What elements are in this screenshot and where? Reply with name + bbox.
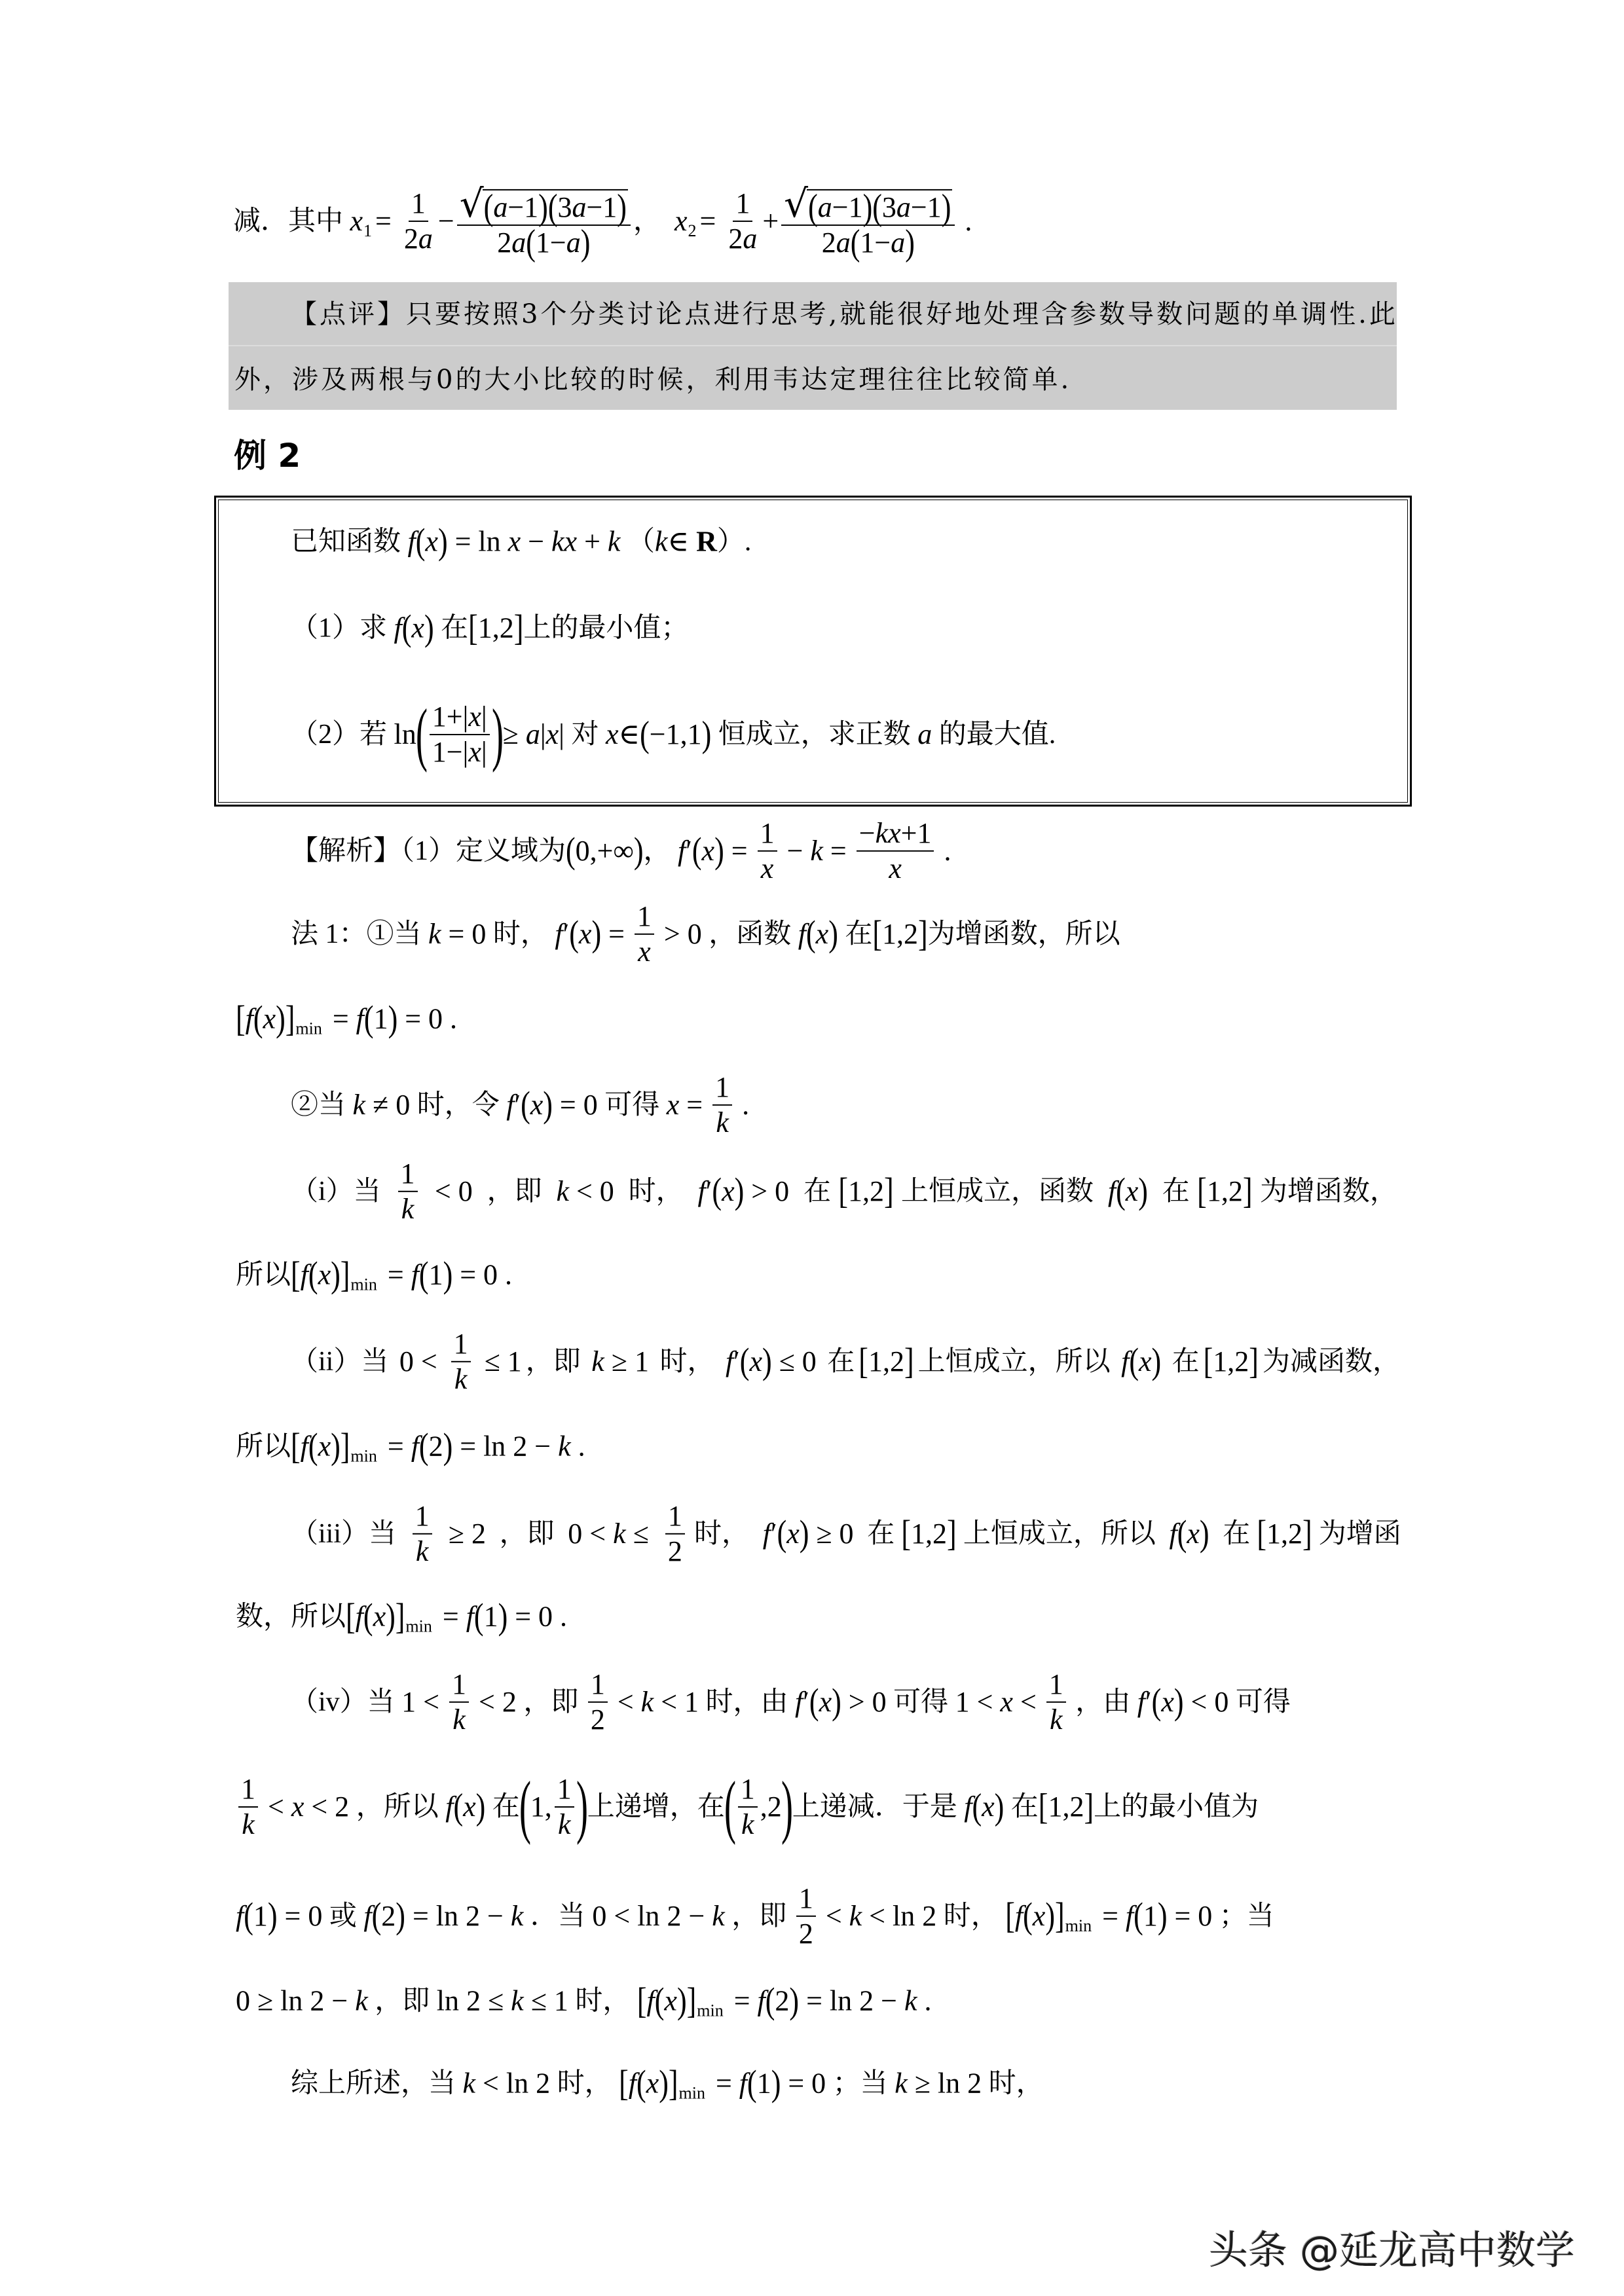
denominator: k <box>450 1703 468 1735</box>
math-bracket: [ <box>838 1171 848 1213</box>
math-bracket: ( <box>402 608 412 650</box>
math-expression: 2a(1−a) <box>497 228 590 258</box>
math-variable: f <box>678 835 686 867</box>
math-variable: f <box>555 918 563 950</box>
math-expression: f′(x) ≤ 0 <box>726 1345 817 1379</box>
math-symbol: 1,2 <box>478 612 514 644</box>
numerator: 1 <box>409 189 428 222</box>
math-bracket: ] <box>514 608 524 650</box>
math-variable: k <box>876 817 889 849</box>
math-expression: 1+|x| <box>432 702 487 732</box>
fraction: 1k <box>555 1774 574 1840</box>
math-expression: k ≥ ln 2 <box>895 2068 982 2101</box>
text-run: 在 <box>1216 1518 1251 1550</box>
denominator: x <box>635 935 654 967</box>
math-symbol: = <box>823 835 854 867</box>
text-run: 法 1：①当 <box>291 919 428 950</box>
math-variable: f <box>629 2068 637 2100</box>
solution-line: [f(x)]min = f(1) = 0 . <box>236 1003 457 1036</box>
denominator: x <box>886 852 904 884</box>
math-expression: 0 < k ≤ <box>568 1518 656 1551</box>
math-expression: [f(x)] <box>236 1003 295 1036</box>
math-bracket: [ <box>901 1513 911 1556</box>
watermark: 头条 @延龙高中数学 <box>1209 2229 1575 2273</box>
math-expression: [1,2] <box>468 612 523 646</box>
math-bracket: ) <box>443 1254 453 1297</box>
math-variable: x <box>702 835 715 867</box>
math-variable: x <box>667 1089 680 1121</box>
math-symbol: 0,+∞ <box>576 835 634 867</box>
math-variable: k <box>716 1106 729 1139</box>
math-bracket: ( <box>809 1681 819 1724</box>
math-expression: k ≥ 1 <box>591 1345 649 1379</box>
math-expression: k∈ <box>655 526 696 559</box>
math-symbol: 1 <box>401 1157 415 1190</box>
math-expression: 1 <box>637 902 652 932</box>
math-variable: k <box>416 1535 429 1567</box>
fraction: √(a−1)(3a−1)2a(1−a) <box>457 185 631 258</box>
math-variable: a <box>572 191 586 223</box>
numerator: √(a−1)(3a−1) <box>457 185 631 226</box>
math-symbol: 2 − <box>458 1900 511 1932</box>
math-symbol: 1 <box>668 1500 682 1532</box>
math-expression: f(x) <box>1169 1518 1209 1551</box>
large-parenthesis: ( <box>416 699 428 770</box>
text-run: 时， <box>694 1518 756 1550</box>
math-variable: a <box>743 223 757 255</box>
math-expression: [1,2] <box>1039 1791 1094 1824</box>
math-bracket: [ <box>637 1980 647 2023</box>
text-run: ， <box>633 206 674 237</box>
math-symbol: − <box>780 835 811 867</box>
text-run: 可得 <box>1228 1686 1291 1718</box>
math-variable: x <box>425 526 438 558</box>
math-bracket: ) <box>538 188 548 227</box>
math-expression: = f(1) = 0 <box>709 2068 826 2101</box>
math-symbol: 1 <box>452 1668 466 1700</box>
math-variable: x <box>530 1089 544 1121</box>
math-symbol: 1,2 <box>1207 1175 1243 1207</box>
math-bracket: ] <box>1243 1171 1253 1213</box>
math-variable: x <box>722 1175 735 1207</box>
text-run: 可得 <box>598 1089 667 1121</box>
document-page: 减．其中 x1= 12a−√(a−1)(3a−1)2a(1−a)， x2= 12… <box>0 0 1624 2296</box>
text-run: 在 <box>1004 1791 1039 1823</box>
text-run: ，函数 <box>702 919 798 950</box>
math-symbol: 2 <box>429 1430 443 1463</box>
math-expression: x <box>761 854 774 884</box>
math-symbol: 1 <box>454 1328 468 1360</box>
numerator: 1 <box>238 1774 258 1808</box>
large-parenthesis: ) <box>781 1772 793 1842</box>
math-bracket: [ <box>468 608 478 650</box>
math-bracket: [ <box>1257 1513 1266 1556</box>
denominator: k <box>739 1808 757 1840</box>
text-run: 时， <box>982 2068 1044 2100</box>
denominator: k <box>399 1192 417 1224</box>
math-bracket: ) <box>543 1084 553 1127</box>
math-variable: f <box>394 612 402 644</box>
math-bracket: ] <box>947 1513 957 1556</box>
math-expression: 1, <box>530 1791 552 1824</box>
math-variable: k <box>452 1704 466 1736</box>
math-symbol: ln <box>830 1985 852 2017</box>
math-symbol: 1,2 <box>1048 1791 1084 1823</box>
math-bracket: ) <box>1174 1681 1184 1724</box>
math-variable: k <box>591 1345 604 1377</box>
denominator: 2a(1−a) <box>494 226 593 258</box>
bold-symbol: R <box>696 526 717 559</box>
math-symbol: 2 <box>775 1985 789 2017</box>
math-bracket: ] <box>669 2063 678 2105</box>
text-run: 时，由 <box>699 1686 795 1718</box>
math-variable: k <box>810 835 823 867</box>
math-bracket: ( <box>851 223 860 262</box>
math-variable: a <box>891 227 905 259</box>
math-bracket: [ <box>1005 1895 1015 1938</box>
math-bracket: ( <box>808 188 818 227</box>
math-symbol: ≤ <box>626 1518 656 1550</box>
fraction: 1k <box>451 1329 471 1394</box>
fraction: 12 <box>665 1501 685 1567</box>
fraction: 12 <box>588 1669 608 1735</box>
math-symbol: 1,2 <box>911 1518 947 1550</box>
math-variable: f <box>445 1791 453 1823</box>
math-expression: −kx+1 <box>859 818 932 848</box>
fraction: 1k <box>1046 1669 1066 1735</box>
large-parenthesis: ( <box>724 1772 736 1842</box>
math-bracket: ( <box>372 1895 382 1938</box>
math-variable: x <box>889 852 902 884</box>
math-variable: f <box>1169 1518 1177 1550</box>
solution-line: 法 1：①当 k = 0 时， f′(x) = 1x > 0 ，函数 f(x) … <box>291 902 1120 967</box>
text-run: 在 <box>1155 1176 1190 1207</box>
math-expression: k <box>242 1810 255 1840</box>
math-expression: [1,2] <box>1257 1518 1312 1551</box>
math-variable: k <box>613 1518 626 1550</box>
denominator: 2a <box>401 222 435 254</box>
text-run: 时， <box>936 1901 1005 1932</box>
math-expression: [1,2] <box>858 1345 913 1379</box>
math-symbol: ln <box>506 2068 528 2100</box>
math-bracket: ( <box>740 1341 750 1383</box>
math-expression: k <box>401 1194 415 1224</box>
fraction: 1+|x|1−|x| <box>430 702 490 767</box>
math-variable: x <box>318 1430 331 1463</box>
math-variable: f <box>763 1518 771 1550</box>
math-bracket: ( <box>548 188 558 227</box>
math-variable: k <box>511 1985 524 2017</box>
math-expression: < k < 1 <box>610 1686 699 1719</box>
math-symbol: = 0 <box>1167 1900 1212 1932</box>
math-bracket: ] <box>341 1426 350 1468</box>
math-expression: < x < 2 <box>261 1791 349 1824</box>
math-variable: a <box>818 191 832 223</box>
math-variable: x <box>263 1003 276 1035</box>
math-expression: − k = <box>780 835 854 868</box>
math-variable: a <box>917 718 932 750</box>
math-symbol: = <box>709 2068 739 2100</box>
math-symbol: ln <box>437 1985 459 2017</box>
text-run: （ii）当 <box>291 1346 396 1377</box>
text-run: 在 <box>860 1518 895 1550</box>
subscript: min <box>405 1617 432 1637</box>
math-symbol: 2 <box>915 1900 936 1932</box>
math-symbol: 1 <box>757 2068 771 2100</box>
math-bracket: ( <box>637 2063 646 2105</box>
math-symbol: 1 <box>374 1003 388 1035</box>
fraction: 1x <box>758 818 777 884</box>
math-symbol: 2 ≤ <box>459 1985 511 2017</box>
math-symbol: ln <box>483 1430 506 1463</box>
numerator: 1 <box>413 1501 432 1535</box>
math-bracket: ) <box>268 1895 278 1938</box>
math-variable: f <box>1126 1900 1134 1932</box>
math-expression: > 0 <box>657 918 702 951</box>
denominator: 2 <box>665 1535 685 1567</box>
fraction: √(a−1)(3a−1)2a(1−a) <box>781 185 955 258</box>
math-variable: x <box>606 718 619 750</box>
math-symbol: ′ <box>733 1345 740 1377</box>
math-expression: = f(2) = ln 2 − k . <box>727 1985 932 2018</box>
text-run: ， <box>644 835 678 867</box>
math-symbol: ln <box>436 1900 458 1932</box>
math-expression: [1,2] <box>872 918 927 951</box>
math-expression: x <box>350 205 363 238</box>
math-bracket: ( <box>806 913 816 956</box>
math-expression: = f(1) = 0 . <box>435 1601 567 1634</box>
math-bracket: [ <box>1204 1341 1213 1383</box>
math-variable: f <box>363 1900 371 1932</box>
math-expression: 0 ≥ ln 2 − k <box>236 1985 368 2018</box>
math-variable: f <box>1108 1175 1116 1207</box>
math-symbol: ≥ <box>908 2068 938 2100</box>
text-run: ）. <box>717 526 752 558</box>
math-bracket: ( <box>253 998 263 1041</box>
math-variable: f <box>698 1175 706 1207</box>
text-run: ，即 <box>517 1686 585 1718</box>
math-variable: x <box>468 701 481 733</box>
math-symbol: < 2 <box>304 1791 349 1823</box>
math-bracket: ( <box>521 1084 530 1127</box>
math-symbol: < <box>819 1900 849 1932</box>
math-symbol: −1,1 <box>650 718 702 750</box>
math-symbol: < 0 <box>569 1175 614 1207</box>
math-bracket: [ <box>872 913 882 956</box>
math-symbol: < <box>261 1791 291 1823</box>
text-run: 在 <box>796 1176 831 1207</box>
math-symbol: ′ <box>514 1089 521 1121</box>
math-variable: x <box>638 936 651 968</box>
math-symbol <box>501 526 508 558</box>
math-bracket: ( <box>712 1171 722 1213</box>
math-symbol: 3 <box>882 191 896 223</box>
math-symbol: 2 − <box>303 1985 355 2017</box>
text-run: 【解析】（1）定义域为 <box>291 835 566 867</box>
math-expression: < 0 <box>428 1175 473 1209</box>
math-expression: [f(x)] <box>291 1259 350 1292</box>
denominator: x <box>758 852 777 884</box>
math-expression: − <box>438 205 454 238</box>
math-variable: a <box>511 227 526 259</box>
math-symbol: 1 <box>411 187 426 219</box>
math-bracket: [ <box>291 1254 301 1297</box>
solution-line: 所以[f(x)]min = f(2) = ln 2 − k . <box>236 1430 585 1464</box>
numerator: 1 <box>712 1072 732 1106</box>
math-expression: (0,+∞) <box>566 835 644 868</box>
math-expression: 0 < <box>399 1345 445 1379</box>
math-bracket: ( <box>972 1786 982 1829</box>
math-expression: 1 <box>715 1072 729 1102</box>
math-variable: x <box>350 205 363 237</box>
math-variable: x <box>468 736 481 768</box>
numerator: 1 <box>398 1159 418 1192</box>
math-expression: [1,2] <box>838 1175 893 1209</box>
math-variable: f <box>506 1089 514 1121</box>
math-variable: x <box>318 1259 331 1291</box>
math-symbol: . <box>571 1430 585 1463</box>
solution-line: （ii）当 0 < 1k ≤ 1，即 k ≥ 1 时， f′(x) ≤ 0 在[… <box>291 1329 1400 1394</box>
math-bracket: ( <box>453 1786 463 1829</box>
denominator: k <box>713 1106 731 1138</box>
math-expression: x = <box>667 1089 710 1122</box>
math-expression: 0 < ln 2 − k <box>592 1900 724 1933</box>
fraction: 1k <box>413 1501 432 1567</box>
math-symbol: ≤ 1 <box>524 1985 568 2017</box>
math-symbol: − <box>859 817 876 849</box>
text-run: （ <box>620 526 655 558</box>
math-symbol: −1 <box>832 191 863 223</box>
math-variable: x <box>411 612 424 644</box>
math-expression: 2 <box>799 1919 813 1949</box>
math-expression: 1 <box>799 1884 813 1914</box>
math-variable: f <box>1015 1900 1023 1932</box>
math-symbol: 1 <box>799 1882 813 1914</box>
math-variable: f <box>356 1003 364 1035</box>
math-variable: x <box>819 1686 832 1718</box>
math-bracket: ) <box>386 1596 396 1639</box>
math-variable: k <box>712 1900 725 1932</box>
text-run: 可得 <box>887 1686 955 1718</box>
math-symbol: 1,2 <box>882 918 918 950</box>
math-bracket: ( <box>474 1596 484 1639</box>
math-bracket: ( <box>308 1254 318 1297</box>
math-expression: k <box>452 1705 466 1735</box>
text-run: ；当 <box>1212 1901 1274 1932</box>
text-run: 上恒成立，所以 <box>963 1518 1163 1550</box>
math-expression: [f(x)] <box>1005 1900 1064 1933</box>
math-symbol: ,2 <box>760 1791 782 1823</box>
math-symbol: 2 <box>528 2068 550 2100</box>
math-expression: k = 0 <box>428 918 486 951</box>
math-bracket: ( <box>363 1596 373 1639</box>
math-bracket: ] <box>904 1341 914 1383</box>
math-symbol: + <box>762 205 779 237</box>
math-symbol: = <box>405 1900 436 1932</box>
math-expression: k <box>716 1108 729 1138</box>
math-bracket: ] <box>341 1254 350 1297</box>
numerator: 1 <box>665 1501 685 1535</box>
denominator: k <box>452 1362 470 1394</box>
text-run: 的最大值. <box>932 719 1056 750</box>
math-bracket: ( <box>419 1254 429 1297</box>
numerator: −kx+1 <box>857 818 934 852</box>
large-parenthesis: ) <box>576 1772 588 1842</box>
solution-line: （i）当 1k < 0 ，即 k < 0 时， f′(x) > 0 在[1,2]… <box>291 1159 1397 1224</box>
math-expression: k < ln 2 <box>463 2068 551 2101</box>
math-symbol: − <box>521 526 551 558</box>
math-symbol: 1 <box>241 1773 255 1805</box>
math-bracket: ( <box>872 188 882 227</box>
subscript: 1 <box>363 221 372 241</box>
math-variable: f <box>246 1003 253 1035</box>
math-bracket: [ <box>236 998 246 1041</box>
math-variable: a <box>418 223 433 255</box>
math-expression: + <box>762 205 779 238</box>
subscript: min <box>697 2001 723 2021</box>
math-bracket: ) <box>476 1786 486 1829</box>
math-symbol: ′ <box>1145 1686 1152 1718</box>
math-bracket: ( <box>655 1980 665 2023</box>
math-symbol: 1,2 <box>848 1175 884 1207</box>
text-run: ，所以 <box>349 1791 445 1823</box>
math-bracket: ) <box>762 1341 772 1383</box>
text-run: 在 <box>434 613 469 644</box>
math-bracket: ( <box>569 913 579 956</box>
math-expression: = f(2) = ln 2 − k . <box>380 1430 585 1464</box>
math-symbol: 2 <box>497 227 511 259</box>
math-variable: x <box>674 205 688 237</box>
text-run: ，即 <box>368 1986 437 2017</box>
math-symbol: > 0 <box>841 1686 887 1718</box>
math-variable: x <box>664 1985 677 2017</box>
math-expression: f(x) <box>445 1791 485 1824</box>
math-variable: a <box>836 227 851 259</box>
math-symbol: = <box>380 1430 411 1463</box>
math-symbol: = 0 <box>553 1089 598 1121</box>
radical-sign-icon: √ <box>784 185 808 223</box>
math-symbol: = <box>325 1003 356 1035</box>
math-variable: k <box>556 1175 569 1207</box>
math-bracket: ) <box>735 1171 745 1213</box>
math-bracket: [ <box>1197 1171 1207 1213</box>
solution-line: f(1) = 0 或 f(2) = ln 2 − k ．当 0 < ln 2 −… <box>236 1884 1274 1949</box>
text-run: 在 <box>1165 1346 1200 1377</box>
math-expression: f(x) <box>964 1791 1004 1824</box>
math-expression: [f(x)] <box>637 1985 696 2018</box>
text-run: （iv）当 <box>291 1686 401 1718</box>
math-bracket: ] <box>884 1171 894 1213</box>
math-bracket: ) <box>331 1254 341 1297</box>
math-symbol: ≥ 1 <box>604 1345 649 1377</box>
math-bracket: ) <box>789 1980 799 2023</box>
numerator: 1 <box>555 1774 574 1808</box>
math-variable: k <box>401 1193 415 1225</box>
radicand: (a−1)(3a−1) <box>483 189 628 223</box>
math-symbol: ln <box>280 1985 303 2017</box>
example-heading: 例 2 <box>234 437 301 474</box>
text-run: 上递增，在 <box>587 1791 725 1823</box>
math-expression: k < 0 <box>556 1175 614 1209</box>
math-expression: (a−1)(3a−1) <box>484 191 627 223</box>
math-expression: ln <box>394 718 416 752</box>
text-run: ，即 <box>526 1346 588 1377</box>
math-expression: 1 <box>411 189 426 219</box>
math-symbol: 0 < <box>592 1900 637 1932</box>
math-symbol: 1 <box>735 187 750 219</box>
math-variable: k <box>849 1900 862 1932</box>
math-expression: f′(x) = 0 <box>506 1089 598 1122</box>
